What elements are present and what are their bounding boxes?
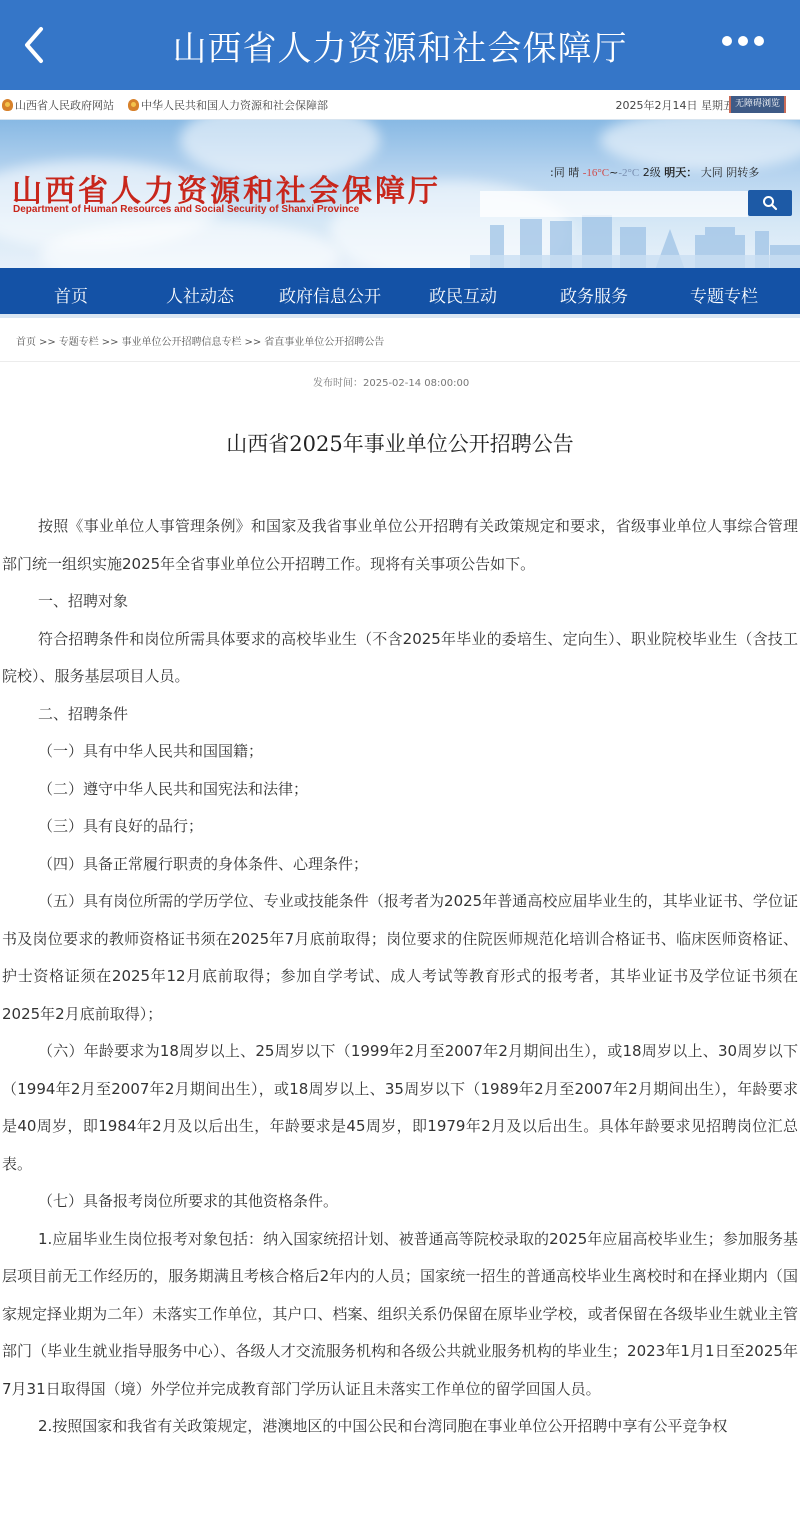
nav-item-home[interactable]: 首页 [54,282,88,307]
article-paragraph: 2.按照国家和我省有关政策规定，港澳地区的中国公民和台湾同胞在事业单位公开招聘中… [0,1408,800,1446]
temp-low: -16°C [583,167,609,179]
article-paragraph: 1.应届毕业生岗位报考对象包括：纳入国家统招计划、被普通高等院校录取的2025年… [0,1221,800,1409]
breadcrumb-separator: >> [39,337,56,348]
more-button[interactable] [722,36,764,46]
link-mohrss[interactable]: 中华人民共和国人力资源和社会保障部 [128,97,328,113]
nav-item-services[interactable]: 政务服务 [560,282,628,307]
temp-sep: ~ [609,166,618,179]
breadcrumb-separator: >> [245,337,262,348]
breadcrumb-current[interactable]: 省直事业单位公开招聘公告 [264,337,384,348]
wind-level: 2级 [643,166,661,179]
condition-item: （六）年龄要求为18周岁以上、25周岁以下（1999年2月至2007年2月期间出… [0,1033,800,1183]
section-heading: 一、招聘对象 [0,583,800,621]
chevron-left-icon [21,25,47,65]
tomorrow-label: 明天： [664,166,697,179]
more-dot [754,36,764,46]
link-label: 中华人民共和国人力资源和社会保障部 [141,97,328,113]
national-emblem-icon [128,99,139,111]
search-input[interactable] [480,191,748,217]
breadcrumb-recruitment-column[interactable]: 事业单位公开招聘信息专栏 [122,337,242,348]
condition-item: （四）具备正常履行职责的身体条件、心理条件； [0,846,800,884]
divider [0,361,800,362]
article-body: 按照《事业单位人事管理条例》和国家及我省事业单位公开招聘有关政策规定和要求，省级… [0,508,800,1446]
article-paragraph: 符合招聘条件和岗位所需具体要求的高校毕业生（不含2025年毕业的委培生、定向生）… [0,621,800,696]
app-title: 山西省人力资源和社会保障厅 [173,21,628,70]
more-dot [738,36,748,46]
article-paragraph: 按照《事业单位人事管理条例》和国家及我省事业单位公开招聘有关政策规定和要求，省级… [0,508,800,583]
banner-subtitle: Department of Human Resources and Social… [13,204,359,215]
nav-item-interaction[interactable]: 政民互动 [429,282,497,307]
weather-info: :同 晴 -16°C~-2°C 2级 明天： 大同 阴转多 [550,164,759,180]
condition-item: （一）具有中华人民共和国国籍； [0,733,800,771]
publish-time: 发布时间：2025-02-14 08:00:00 [313,374,469,389]
breadcrumb: 首页>>专题专栏>>事业单位公开招聘信息专栏>>省直事业单位公开招聘公告 [16,333,384,348]
main-nav: 首页 人社动态 政府信息公开 政民互动 政务服务 专题专栏 [0,268,800,318]
national-emblem-icon [2,99,13,111]
site-banner: 山西省人力资源和社会保障厅 Department of Human Resour… [0,120,800,268]
more-horizontal-icon [722,36,732,46]
tomorrow-forecast: 大同 阴转多 [701,166,760,179]
back-button[interactable] [14,22,54,68]
accessibility-button[interactable]: 无障碍浏览 [729,96,786,113]
condition-item: （七）具备报考岗位所要求的其他资格条件。 [0,1183,800,1221]
link-label: 山西省人民政府网站 [15,97,114,113]
nav-item-news[interactable]: 人社动态 [166,282,234,307]
link-shanxi-gov[interactable]: 山西省人民政府网站 [2,97,114,113]
weather-today: :同 晴 [550,166,579,179]
search-icon [762,195,778,211]
nav-item-info-disclosure[interactable]: 政府信息公开 [279,282,381,307]
app-header: 山西省人力资源和社会保障厅 [0,0,800,90]
temp-high: -2°C [618,167,639,179]
search-button[interactable] [748,190,792,216]
article-title: 山西省2025年事业单位公开招聘公告 [0,428,800,458]
current-date: 2025年2月14日 星期五 [616,97,735,113]
nav-item-topics[interactable]: 专题专栏 [690,282,758,307]
condition-item: （二）遵守中华人民共和国宪法和法律； [0,771,800,809]
breadcrumb-home[interactable]: 首页 [16,337,36,348]
section-heading: 二、招聘条件 [0,696,800,734]
skyline-illustration [470,215,800,268]
condition-item: （三）具有良好的品行； [0,808,800,846]
top-links-bar: 山西省人民政府网站 中华人民共和国人力资源和社会保障部 2025年2月14日 星… [0,90,800,120]
condition-item: （五）具有岗位所需的学历学位、专业或技能条件（报考者为2025年普通高校应届毕业… [0,883,800,1033]
breadcrumb-topics[interactable]: 专题专栏 [59,337,99,348]
breadcrumb-separator: >> [102,337,119,348]
